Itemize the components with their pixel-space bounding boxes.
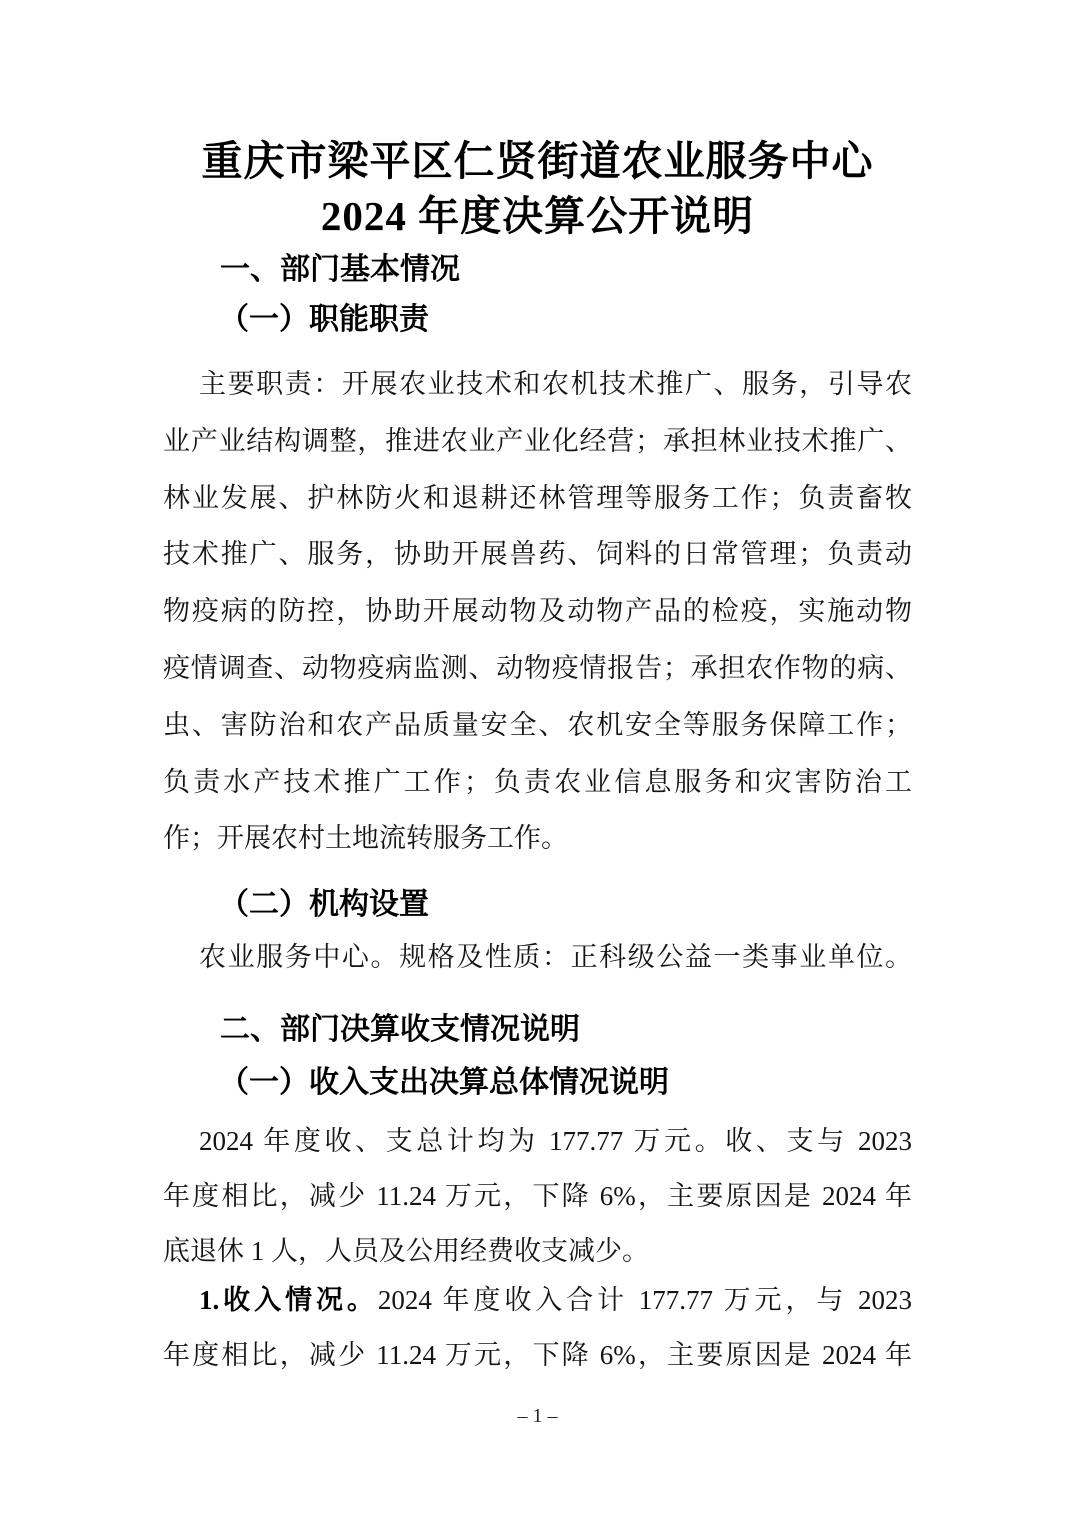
- text-line: 2024 年度收、支总计均为 177.77 万元。收、支与 2023: [163, 1114, 912, 1169]
- text-line: 业产业结构调整，推进农业产业化经营；承担林业技术推广、: [163, 413, 912, 470]
- subheading-1-2-organization: （二）机构设置: [219, 885, 429, 925]
- paragraph-total-revenue-expenditure: 2024 年度收、支总计均为 177.77 万元。收、支与 2023年度相比，减…: [163, 1114, 912, 1279]
- paragraph-duties: 主要职责：开展农业技术和农机技术推广、服务，引导农业产业结构调整，推进农业产业化…: [163, 356, 912, 867]
- heading-section-1: 一、部门基本情况: [220, 250, 460, 290]
- text-line: 疫情调查、动物疫病监测、动物疫情报告；承担农作物的病、: [163, 640, 912, 697]
- text-line: 作；开展农村土地流转服务工作。: [163, 810, 912, 867]
- text-line: 负责水产技术推广工作；负责农业信息服务和灾害防治工: [163, 754, 912, 811]
- document-page: 重庆市梁平区仁贤街道农业服务中心 2024 年度决算公开说明 一、部门基本情况 …: [0, 0, 1075, 1520]
- text-line: 虫、害防治和农产品质量安全、农机安全等服务保障工作；: [163, 697, 912, 754]
- page-title-line-2: 2024 年度决算公开说明: [163, 189, 912, 244]
- paragraph-income-detail: 1.收入情况。2024 年度收入合计 177.77 万元，与 2023年度相比，…: [163, 1273, 912, 1383]
- text-line: 物疫病的防控，协助开展动物及动物产品的检疫，实施动物: [163, 583, 912, 640]
- page-title-line-1: 重庆市梁平区仁贤街道农业服务中心: [163, 134, 912, 189]
- subheading-2-1-overview: （一）收入支出决算总体情况说明: [219, 1063, 669, 1103]
- text-line: 年度相比，减少 11.24 万元，下降 6%，主要原因是 2024 年: [163, 1328, 912, 1383]
- paragraph-organization: 农业服务中心。规格及性质：正科级公益一类事业单位。: [163, 929, 912, 986]
- text-line: 年度相比，减少 11.24 万元，下降 6%，主要原因是 2024 年: [163, 1169, 912, 1224]
- text-line: 林业发展、护林防火和退耕还林管理等服务工作；负责畜牧: [163, 470, 912, 527]
- text-line: 农业服务中心。规格及性质：正科级公益一类事业单位。: [163, 929, 912, 986]
- heading-section-2: 二、部门决算收支情况说明: [220, 1010, 580, 1050]
- page-number: – 1 –: [0, 1404, 1075, 1428]
- subheading-1-1-duties: （一）职能职责: [219, 300, 429, 340]
- text-line: 主要职责：开展农业技术和农机技术推广、服务，引导农: [163, 356, 912, 413]
- text-line: 技术推广、服务，协助开展兽药、饲料的日常管理；负责动: [163, 526, 912, 583]
- page-title: 重庆市梁平区仁贤街道农业服务中心 2024 年度决算公开说明: [163, 134, 912, 244]
- text-line: 底退休 1 人，人员及公用经费收支减少。: [163, 1224, 912, 1279]
- text-line: 1.收入情况。2024 年度收入合计 177.77 万元，与 2023: [163, 1273, 912, 1328]
- bold-lead-text: 1.收入情况。: [199, 1285, 378, 1315]
